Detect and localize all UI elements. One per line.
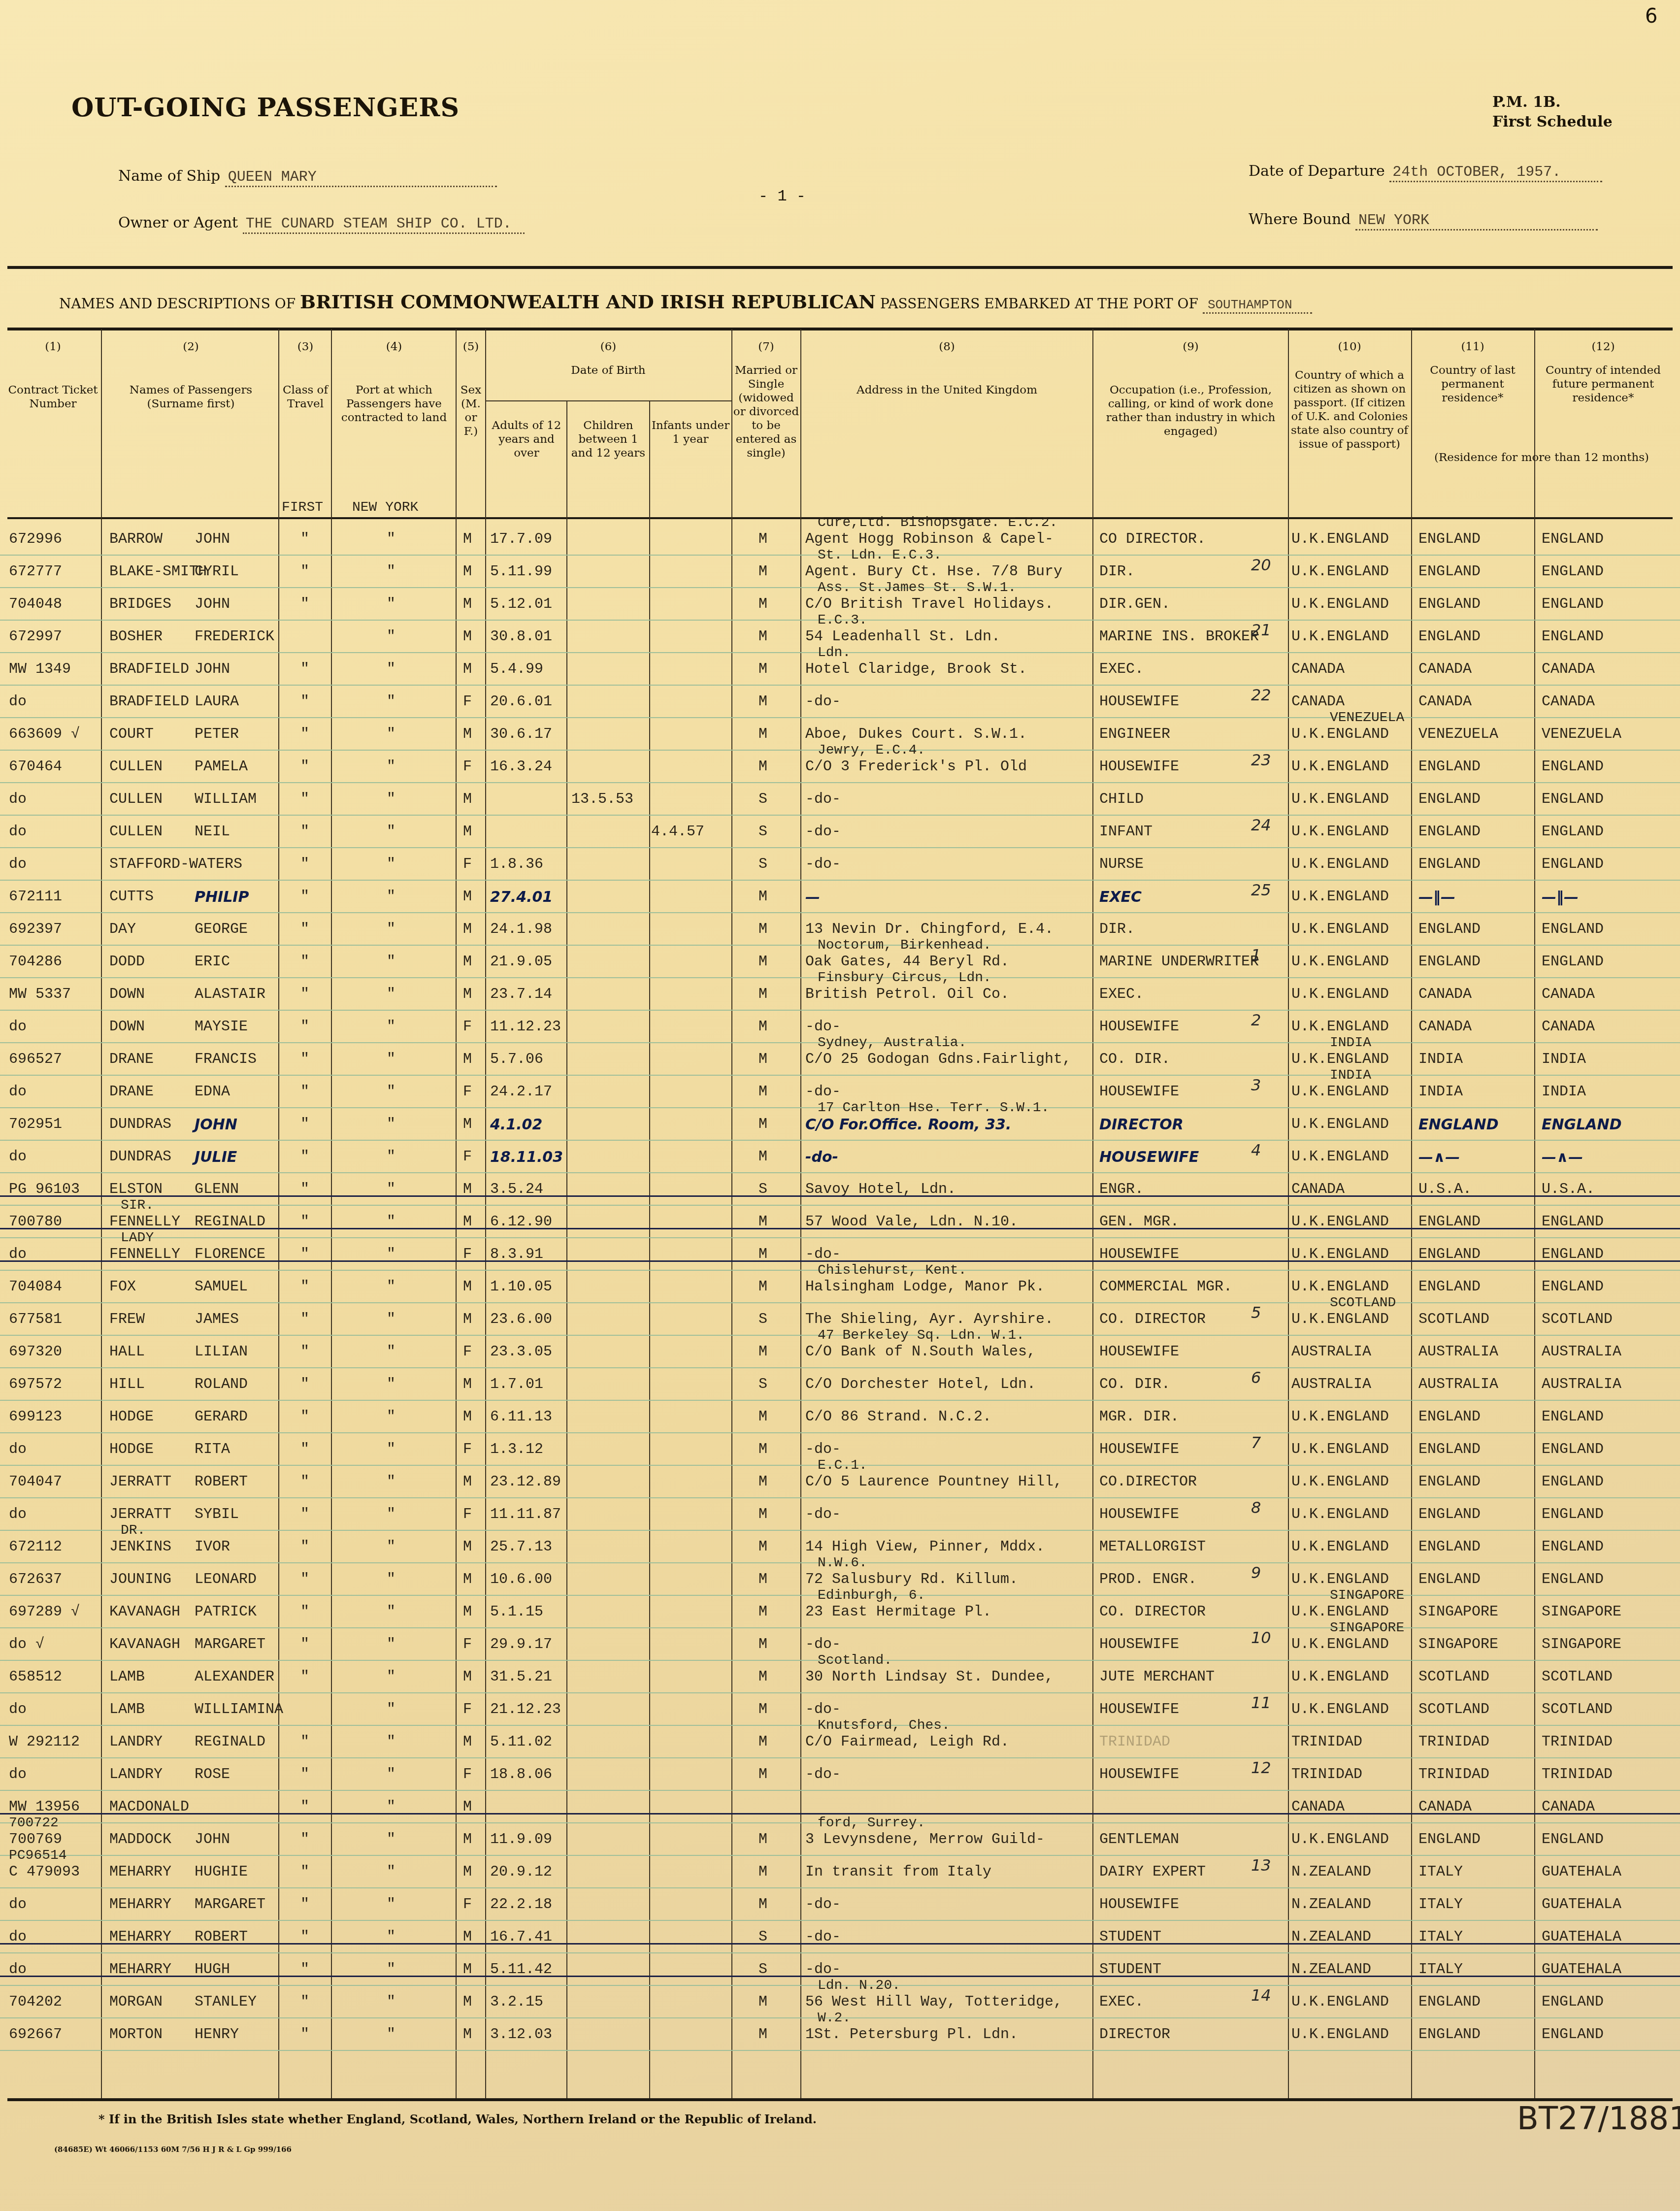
ticket-number: do √ bbox=[9, 1636, 44, 1653]
sex: M bbox=[463, 596, 472, 613]
sex: M bbox=[463, 1376, 472, 1393]
dob-adult: 11.11.87 bbox=[490, 1506, 561, 1523]
last-residence: ENGLAND bbox=[1418, 921, 1481, 938]
port-of-landing: " bbox=[387, 954, 395, 970]
address: -do- bbox=[805, 856, 841, 873]
surname: DODD bbox=[109, 954, 145, 970]
class-of-travel: " bbox=[300, 1669, 309, 1685]
surname: BLAKE-SMITH bbox=[109, 563, 207, 580]
port-of-landing: " bbox=[387, 1311, 395, 1328]
last-residence: ITALY bbox=[1418, 1961, 1463, 1978]
future-residence: VENEZUELA bbox=[1542, 726, 1621, 743]
address-line-above: Cure,Ltd. Bishopsgate. E.C.2. bbox=[818, 515, 1057, 530]
ticket-correction: 700722 bbox=[9, 1815, 59, 1831]
address-line-above: Knutsford, Ches. bbox=[818, 1718, 950, 1733]
ticket-number: 692397 bbox=[9, 921, 62, 938]
port-of-landing: " bbox=[387, 1279, 395, 1295]
future-residence: ENGLAND bbox=[1542, 1506, 1604, 1523]
ticket-number: do bbox=[9, 1149, 27, 1165]
dob-sub-infants: Infants under 1 year bbox=[651, 419, 730, 446]
marital-status: M bbox=[758, 2026, 767, 2043]
occupation: EXEC. bbox=[1099, 661, 1144, 678]
marital-status: M bbox=[758, 1019, 767, 1035]
citizenship: U.K.ENGLAND bbox=[1291, 791, 1389, 808]
citizenship: U.K.ENGLAND bbox=[1291, 921, 1389, 938]
dob-adult: 31.5.21 bbox=[490, 1669, 552, 1685]
port-of-landing: " bbox=[387, 628, 395, 645]
marital-status: M bbox=[758, 1636, 767, 1653]
future-residence: GUATEHALA bbox=[1542, 1896, 1621, 1913]
marital-status: M bbox=[758, 1604, 767, 1620]
ticket-number: do bbox=[9, 1701, 27, 1718]
given-name: HUGHIE bbox=[195, 1864, 248, 1881]
class-of-travel: " bbox=[300, 1181, 309, 1198]
citizenship: U.K.ENGLAND bbox=[1291, 986, 1389, 1003]
address: 72 Salusbury Rd. Killum. bbox=[805, 1571, 1018, 1588]
last-residence: ENGLAND bbox=[1418, 1831, 1481, 1848]
future-residence: SINGAPORE bbox=[1542, 1604, 1621, 1620]
sex: M bbox=[463, 1116, 472, 1133]
last-residence: ENGLAND bbox=[1418, 2026, 1481, 2043]
last-residence: CANADA bbox=[1418, 1799, 1472, 1815]
marital-status: M bbox=[758, 563, 767, 580]
citizenship: N.ZEALAND bbox=[1291, 1864, 1371, 1881]
future-residence: ENGLAND bbox=[1542, 954, 1604, 970]
given-name: GERARD bbox=[195, 1409, 248, 1425]
port-of-landing: " bbox=[387, 1734, 395, 1750]
port-of-landing: " bbox=[387, 1994, 395, 2011]
citizenship: U.K.ENGLAND bbox=[1291, 2026, 1389, 2043]
marital-status: M bbox=[758, 1571, 767, 1588]
sex: M bbox=[463, 1409, 472, 1425]
address-line-above: E.C.3. bbox=[818, 613, 867, 628]
future-residence: ENGLAND bbox=[1542, 791, 1604, 808]
address: -do- bbox=[805, 791, 841, 808]
surname: CULLEN bbox=[109, 759, 163, 775]
pencil-count-mark: 2 bbox=[1251, 1011, 1261, 1029]
citizenship: AUSTRALIA bbox=[1291, 1344, 1371, 1360]
surname: FOX bbox=[109, 1279, 136, 1295]
surname: MORGAN bbox=[109, 1994, 163, 2011]
table-row: 697289 √KAVANAGHPATRICK""M5.1.15M23 East… bbox=[0, 1595, 1680, 1628]
table-row: doMEHARRYMARGARET""F22.2.18M-do-HOUSEWIF… bbox=[0, 1887, 1680, 1921]
occupation: JUTE MERCHANT bbox=[1099, 1669, 1215, 1685]
address-line-above: E.C.1. bbox=[818, 1458, 867, 1473]
sex: M bbox=[463, 1799, 472, 1815]
port-of-landing: " bbox=[387, 1636, 395, 1653]
given-name: HUGH bbox=[195, 1961, 230, 1978]
dob-adult: 17.7.09 bbox=[490, 531, 552, 548]
ticket-number: do bbox=[9, 1506, 27, 1523]
sex: M bbox=[463, 726, 472, 743]
class-of-travel: " bbox=[300, 531, 309, 548]
last-residence: VENEZUELA bbox=[1418, 726, 1498, 743]
marital-status: S bbox=[758, 1961, 767, 1978]
departure-value: 24th OCTOBER, 1957. bbox=[1389, 164, 1602, 182]
pencil-count-mark: 23 bbox=[1251, 751, 1271, 769]
occupation: HOUSEWIFE bbox=[1099, 1636, 1179, 1653]
address-line-above: 47 Berkeley Sq. Ldn. W.1. bbox=[818, 1328, 1024, 1343]
given-name: HENRY bbox=[195, 2026, 239, 2043]
citizenship: U.K.ENGLAND bbox=[1291, 563, 1389, 580]
address: 1St. Petersburg Pl. Ldn. bbox=[805, 2026, 1018, 2043]
address: In transit from Italy bbox=[805, 1864, 991, 1881]
dob-adult: 27.4.01 bbox=[490, 889, 553, 906]
dob-adult: 22.2.18 bbox=[490, 1896, 552, 1913]
citizenship-correction: INDIA bbox=[1330, 1068, 1371, 1083]
owner-label: Owner or Agent bbox=[118, 214, 238, 231]
given-name: LILIAN bbox=[195, 1344, 248, 1360]
last-residence: ENGLAND bbox=[1418, 1116, 1499, 1133]
surname: DAY bbox=[109, 921, 136, 938]
table-row: doBRADFIELDLAURA""F20.6.01M-do-HOUSEWIFE… bbox=[0, 685, 1680, 718]
address: Oak Gates, 44 Beryl Rd. bbox=[805, 954, 1009, 970]
dob-infant: 4.4.57 bbox=[651, 824, 704, 840]
table-row: PG 96103ELSTONGLENN""M3.5.24SSavoy Hotel… bbox=[0, 1172, 1680, 1206]
address-line-above: Ass. St.James St. S.W.1. bbox=[818, 580, 1016, 595]
surname: LAMB bbox=[109, 1701, 145, 1718]
sex: M bbox=[463, 661, 472, 678]
marital-status: M bbox=[758, 661, 767, 678]
class-of-travel: " bbox=[300, 1441, 309, 1458]
sex: F bbox=[463, 1084, 472, 1100]
class-of-travel: " bbox=[300, 1246, 309, 1263]
address-line-above: N.W.6. bbox=[818, 1555, 867, 1571]
given-name: FREDERICK bbox=[195, 628, 274, 645]
surname: DUNDRAS bbox=[109, 1116, 171, 1133]
footnote: * If in the British Isles state whether … bbox=[99, 2112, 817, 2126]
dob-adult: 21.12.23 bbox=[490, 1701, 561, 1718]
last-residence: SCOTLAND bbox=[1418, 1669, 1489, 1685]
future-residence: ENGLAND bbox=[1542, 1571, 1604, 1588]
departure-field: Date of Departure 24th OCTOBER, 1957. bbox=[1249, 163, 1602, 182]
marital-status: S bbox=[758, 1929, 767, 1946]
bound-label: Where Bound bbox=[1249, 211, 1351, 228]
ticket-number: do bbox=[9, 1084, 27, 1100]
port-of-landing: " bbox=[387, 1116, 395, 1133]
given-name: MAYSIE bbox=[195, 1019, 248, 1035]
surname: JENKINS bbox=[109, 1539, 171, 1555]
pencil-count-mark: 5 bbox=[1251, 1303, 1261, 1322]
last-residence: CANADA bbox=[1418, 693, 1472, 710]
dob-adult: 5.11.42 bbox=[490, 1961, 552, 1978]
table-row: MW 1349BRADFIELDJOHN""M5.4.99MHotel Clar… bbox=[0, 652, 1680, 686]
surname: JERRATT bbox=[109, 1474, 171, 1490]
dob-adult: 8.3.91 bbox=[490, 1246, 543, 1263]
future-residence: GUATEHALA bbox=[1542, 1864, 1621, 1881]
ticket-correction: PC96514 bbox=[9, 1848, 67, 1863]
citizenship: U.K.ENGLAND bbox=[1291, 1636, 1389, 1653]
surname: LANDRY bbox=[109, 1766, 163, 1783]
dob-adult: 6.12.90 bbox=[490, 1214, 552, 1230]
marital-status: M bbox=[758, 1116, 767, 1133]
class-of-travel: " bbox=[300, 1409, 309, 1425]
surname: MACDONALD bbox=[109, 1799, 189, 1815]
ticket-number: 704047 bbox=[9, 1474, 62, 1490]
address: 30 North Lindsay St. Dundee, bbox=[805, 1669, 1054, 1685]
header-top-rule bbox=[7, 328, 1673, 330]
last-residence: ENGLAND bbox=[1418, 628, 1481, 645]
given-name: PHILIP bbox=[195, 889, 249, 906]
ticket-number: 692667 bbox=[9, 2026, 62, 2043]
future-residence: AUSTRALIA bbox=[1542, 1344, 1621, 1360]
given-name: ALASTAIR bbox=[195, 986, 265, 1003]
dob-adult: 11.9.09 bbox=[490, 1831, 552, 1848]
given-name: ROBERT bbox=[195, 1929, 248, 1946]
table-row: 704047JERRATTROBERT""M23.12.89MC/O 5 Lau… bbox=[0, 1465, 1680, 1498]
address: -do- bbox=[805, 824, 841, 840]
sex: M bbox=[463, 824, 472, 840]
marital-status: M bbox=[758, 1409, 767, 1425]
table-row: MW 5337DOWNALASTAIR""M23.7.14MBritish Pe… bbox=[0, 977, 1680, 1011]
departure-label: Date of Departure bbox=[1249, 163, 1385, 180]
dob-adult: 1.3.12 bbox=[490, 1441, 543, 1458]
address: -do- bbox=[805, 1701, 841, 1718]
future-residence: ENGLAND bbox=[1542, 531, 1604, 548]
given-name: JULIE bbox=[195, 1149, 237, 1166]
pencil-count-mark: 20 bbox=[1251, 556, 1271, 574]
sex: F bbox=[463, 1149, 472, 1165]
address-line-above: St. Ldn. E.C.3. bbox=[818, 548, 942, 563]
sex: M bbox=[463, 1214, 472, 1230]
class-of-travel: " bbox=[300, 1604, 309, 1620]
dob-adult: 5.7.06 bbox=[490, 1051, 543, 1068]
citizenship: U.K.ENGLAND bbox=[1291, 1441, 1389, 1458]
given-name: JOHN bbox=[195, 661, 230, 678]
port-of-landing: " bbox=[387, 1766, 395, 1783]
occupation: CHILD bbox=[1099, 791, 1144, 808]
citizenship-correction: VENEZUELA bbox=[1330, 710, 1404, 726]
table-row: doJERRATTSYBIL""F11.11.87M-do-HOUSEWIFEU… bbox=[0, 1497, 1680, 1531]
address: 54 Leadenhall St. Ldn. bbox=[805, 628, 1000, 645]
table-row: 700780FENNELLYREGINALD""M6.12.90M57 Wood… bbox=[0, 1205, 1680, 1238]
last-residence: CANADA bbox=[1418, 986, 1472, 1003]
port-of-landing: " bbox=[387, 1571, 395, 1588]
occupation: DIR.GEN. bbox=[1099, 596, 1170, 613]
pencil-count-mark: 21 bbox=[1251, 621, 1271, 639]
port-of-landing: " bbox=[387, 1506, 395, 1523]
dob-adult: 18.8.06 bbox=[490, 1766, 552, 1783]
table-row: W 292112LANDRYREGINALD""M5.11.02MC/O Fai… bbox=[0, 1725, 1680, 1758]
sex: F bbox=[463, 1344, 472, 1360]
address: -do- bbox=[805, 1636, 841, 1653]
class-of-travel: " bbox=[300, 1214, 309, 1230]
surname: COURT bbox=[109, 726, 154, 743]
occupation: CO DIRECTOR. bbox=[1099, 531, 1206, 548]
address: Aboe, Dukes Court. S.W.1. bbox=[805, 726, 1027, 743]
surname: JERRATT bbox=[109, 1506, 171, 1523]
occupation: HOUSEWIFE bbox=[1099, 1441, 1179, 1458]
occupation: EXEC. bbox=[1099, 1994, 1144, 2011]
given-name: ROSE bbox=[195, 1766, 230, 1783]
future-residence: ENGLAND bbox=[1542, 921, 1604, 938]
port-of-landing: " bbox=[387, 1019, 395, 1035]
last-residence: ENGLAND bbox=[1418, 824, 1481, 840]
table-row: doMEHARRYROBERT""M16.7.41S-do-STUDENTN.Z… bbox=[0, 1920, 1680, 1953]
occupation: GENTLEMAN bbox=[1099, 1831, 1179, 1848]
citizenship: U.K.ENGLAND bbox=[1291, 1604, 1389, 1620]
bound-field: Where Bound NEW YORK bbox=[1249, 211, 1598, 231]
given-name: ROLAND bbox=[195, 1376, 248, 1393]
surname: MEHARRY bbox=[109, 1864, 171, 1881]
address: C/O 5 Laurence Pountney Hill, bbox=[805, 1474, 1062, 1490]
given-name: JOHN bbox=[195, 596, 230, 613]
given-name: REGINALD bbox=[195, 1214, 265, 1230]
ticket-number: PG 96103 bbox=[9, 1181, 80, 1198]
address: C/O 25 Godogan Gdns.Fairlight, bbox=[805, 1051, 1071, 1068]
sex: M bbox=[463, 1311, 472, 1328]
address-line-above: Scotland. bbox=[818, 1653, 892, 1668]
future-residence: SCOTLAND bbox=[1542, 1669, 1613, 1685]
surname: HILL bbox=[109, 1376, 145, 1393]
last-residence: ENGLAND bbox=[1418, 1214, 1481, 1230]
port-of-landing: " bbox=[387, 1701, 395, 1718]
sex: M bbox=[463, 1474, 472, 1490]
dob-adult: 16.7.41 bbox=[490, 1929, 552, 1946]
dob-adult: 21.9.05 bbox=[490, 954, 552, 970]
surname: MEHARRY bbox=[109, 1961, 171, 1978]
form-title: OUT-GOING PASSENGERS bbox=[71, 93, 460, 123]
last-residence: ITALY bbox=[1418, 1929, 1463, 1946]
occupation: HOUSEWIFE bbox=[1099, 759, 1179, 775]
marital-status: M bbox=[758, 596, 767, 613]
ticket-number: do bbox=[9, 693, 27, 710]
last-residence: INDIA bbox=[1418, 1084, 1463, 1100]
future-residence: TRINIDAD bbox=[1542, 1766, 1613, 1783]
future-residence: ENGLAND bbox=[1542, 856, 1604, 873]
sex: F bbox=[463, 1506, 472, 1523]
future-residence: ENGLAND bbox=[1542, 1116, 1622, 1133]
last-residence: ENGLAND bbox=[1418, 1279, 1481, 1295]
dob-adult: 24.2.17 bbox=[490, 1084, 552, 1100]
surname: BRIDGES bbox=[109, 596, 171, 613]
citizenship: U.K.ENGLAND bbox=[1291, 1149, 1389, 1165]
occupation: MARINE INS. BROKER bbox=[1099, 628, 1259, 645]
citizenship-correction: SINGAPORE bbox=[1330, 1588, 1404, 1603]
future-residence: SINGAPORE bbox=[1542, 1636, 1621, 1653]
address-line-above: Edinburgh, 6. bbox=[818, 1588, 925, 1603]
given-name: GEORGE bbox=[195, 921, 248, 938]
dob-adult: 25.7.13 bbox=[490, 1539, 552, 1555]
citizenship: U.K.ENGLAND bbox=[1291, 531, 1389, 548]
last-residence: ITALY bbox=[1418, 1896, 1463, 1913]
ticket-number: 697320 bbox=[9, 1344, 62, 1360]
port-of-landing: " bbox=[387, 1441, 395, 1458]
class-of-travel: " bbox=[300, 954, 309, 970]
given-name: LAURA bbox=[195, 693, 239, 710]
dob-sub-children: Children between 1 and 12 years bbox=[569, 419, 648, 460]
port-of-landing: " bbox=[387, 824, 395, 840]
class-of-travel: " bbox=[300, 1376, 309, 1393]
ticket-number: 677581 bbox=[9, 1311, 62, 1328]
last-residence: ITALY bbox=[1418, 1864, 1463, 1881]
last-residence: ENGLAND bbox=[1418, 856, 1481, 873]
class-of-travel: " bbox=[300, 1636, 309, 1653]
class-of-travel: " bbox=[300, 1084, 309, 1100]
ticket-number: 704048 bbox=[9, 596, 62, 613]
class-of-travel: " bbox=[300, 693, 309, 710]
sex: M bbox=[463, 563, 472, 580]
pencil-count-mark: 7 bbox=[1251, 1433, 1261, 1452]
sex: F bbox=[463, 1896, 472, 1913]
given-name: CYRIL bbox=[195, 563, 239, 580]
occupation: EXEC. bbox=[1099, 986, 1144, 1003]
given-name: RITA bbox=[195, 1441, 230, 1458]
marital-status: S bbox=[758, 1311, 767, 1328]
occupation: CO. DIRECTOR bbox=[1099, 1311, 1206, 1328]
sex: M bbox=[463, 889, 472, 905]
ticket-number: C 479093 bbox=[9, 1864, 80, 1881]
sex: M bbox=[463, 1051, 472, 1068]
port-of-landing: " bbox=[387, 1344, 395, 1360]
table-row: 697320HALLLILIAN""F23.3.05MC/O Bank of N… bbox=[0, 1335, 1680, 1368]
surname: LANDRY bbox=[109, 1734, 163, 1750]
port-of-landing: " bbox=[387, 1539, 395, 1555]
port-of-landing: " bbox=[387, 693, 395, 710]
ticket-number: 672997 bbox=[9, 628, 62, 645]
address: 13 Nevin Dr. Chingford, E.4. bbox=[805, 921, 1054, 938]
address: -do- bbox=[805, 1766, 841, 1783]
address: C/O Dorchester Hotel, Ldn. bbox=[805, 1376, 1036, 1393]
address: British Petrol. Oil Co. bbox=[805, 986, 1009, 1003]
table-row: 702951DUNDRASJOHN""M4.1.02MC/O For.Offic… bbox=[0, 1107, 1680, 1141]
future-residence: CANADA bbox=[1542, 1019, 1595, 1035]
dob-adult: 11.12.23 bbox=[490, 1019, 561, 1035]
address: C/O British Travel Holidays. bbox=[805, 596, 1054, 613]
given-name: SYBIL bbox=[195, 1506, 239, 1523]
ticket-number: 702951 bbox=[9, 1116, 62, 1133]
address: The Shieling, Ayr. Ayrshire. bbox=[805, 1311, 1054, 1328]
ticket-number: do bbox=[9, 1246, 27, 1263]
given-name: LEONARD bbox=[195, 1571, 257, 1588]
port-of-landing: " bbox=[387, 726, 395, 743]
col-header-marital: (7)Married or Single (widowed or divorce… bbox=[733, 340, 799, 460]
citizenship: CANADA bbox=[1291, 1181, 1345, 1198]
sex: F bbox=[463, 693, 472, 710]
class-of-travel: " bbox=[300, 2026, 309, 2043]
sex: M bbox=[463, 531, 472, 548]
class-of-travel: " bbox=[300, 986, 309, 1003]
dob-adult: 29.9.17 bbox=[490, 1636, 552, 1653]
future-residence: ENGLAND bbox=[1542, 1539, 1604, 1555]
address-line-above: W.2. bbox=[818, 2011, 851, 2026]
ticket-number: 672637 bbox=[9, 1571, 62, 1588]
schedule-label: First Schedule bbox=[1492, 112, 1613, 132]
pencil-count-mark: 6 bbox=[1251, 1368, 1261, 1387]
dob-sub-adults: Adults of 12 years and over bbox=[488, 419, 565, 460]
occupation: MARINE UNDERWRITER bbox=[1099, 954, 1259, 970]
marital-status: M bbox=[758, 693, 767, 710]
citizenship: U.K.ENGLAND bbox=[1291, 628, 1389, 645]
pencil-count-mark: 11 bbox=[1251, 1693, 1271, 1712]
future-residence: AUSTRALIA bbox=[1542, 1376, 1621, 1393]
occupation: HOUSEWIFE bbox=[1099, 1019, 1179, 1035]
class-of-travel: " bbox=[300, 1019, 309, 1035]
class-of-travel: " bbox=[300, 1896, 309, 1913]
sex: F bbox=[463, 1441, 472, 1458]
ticket-number: do bbox=[9, 1896, 27, 1913]
pencil-count-mark: 4 bbox=[1251, 1141, 1261, 1159]
sex: F bbox=[463, 1701, 472, 1718]
ticket-number: 697289 √ bbox=[9, 1604, 80, 1620]
sex: M bbox=[463, 1571, 472, 1588]
occupation: STUDENT bbox=[1099, 1961, 1161, 1978]
class-of-travel: " bbox=[300, 1506, 309, 1523]
marital-status: S bbox=[758, 824, 767, 840]
marital-status: S bbox=[758, 791, 767, 808]
address: — bbox=[805, 889, 820, 906]
occupation: HOUSEWIFE bbox=[1099, 1896, 1179, 1913]
